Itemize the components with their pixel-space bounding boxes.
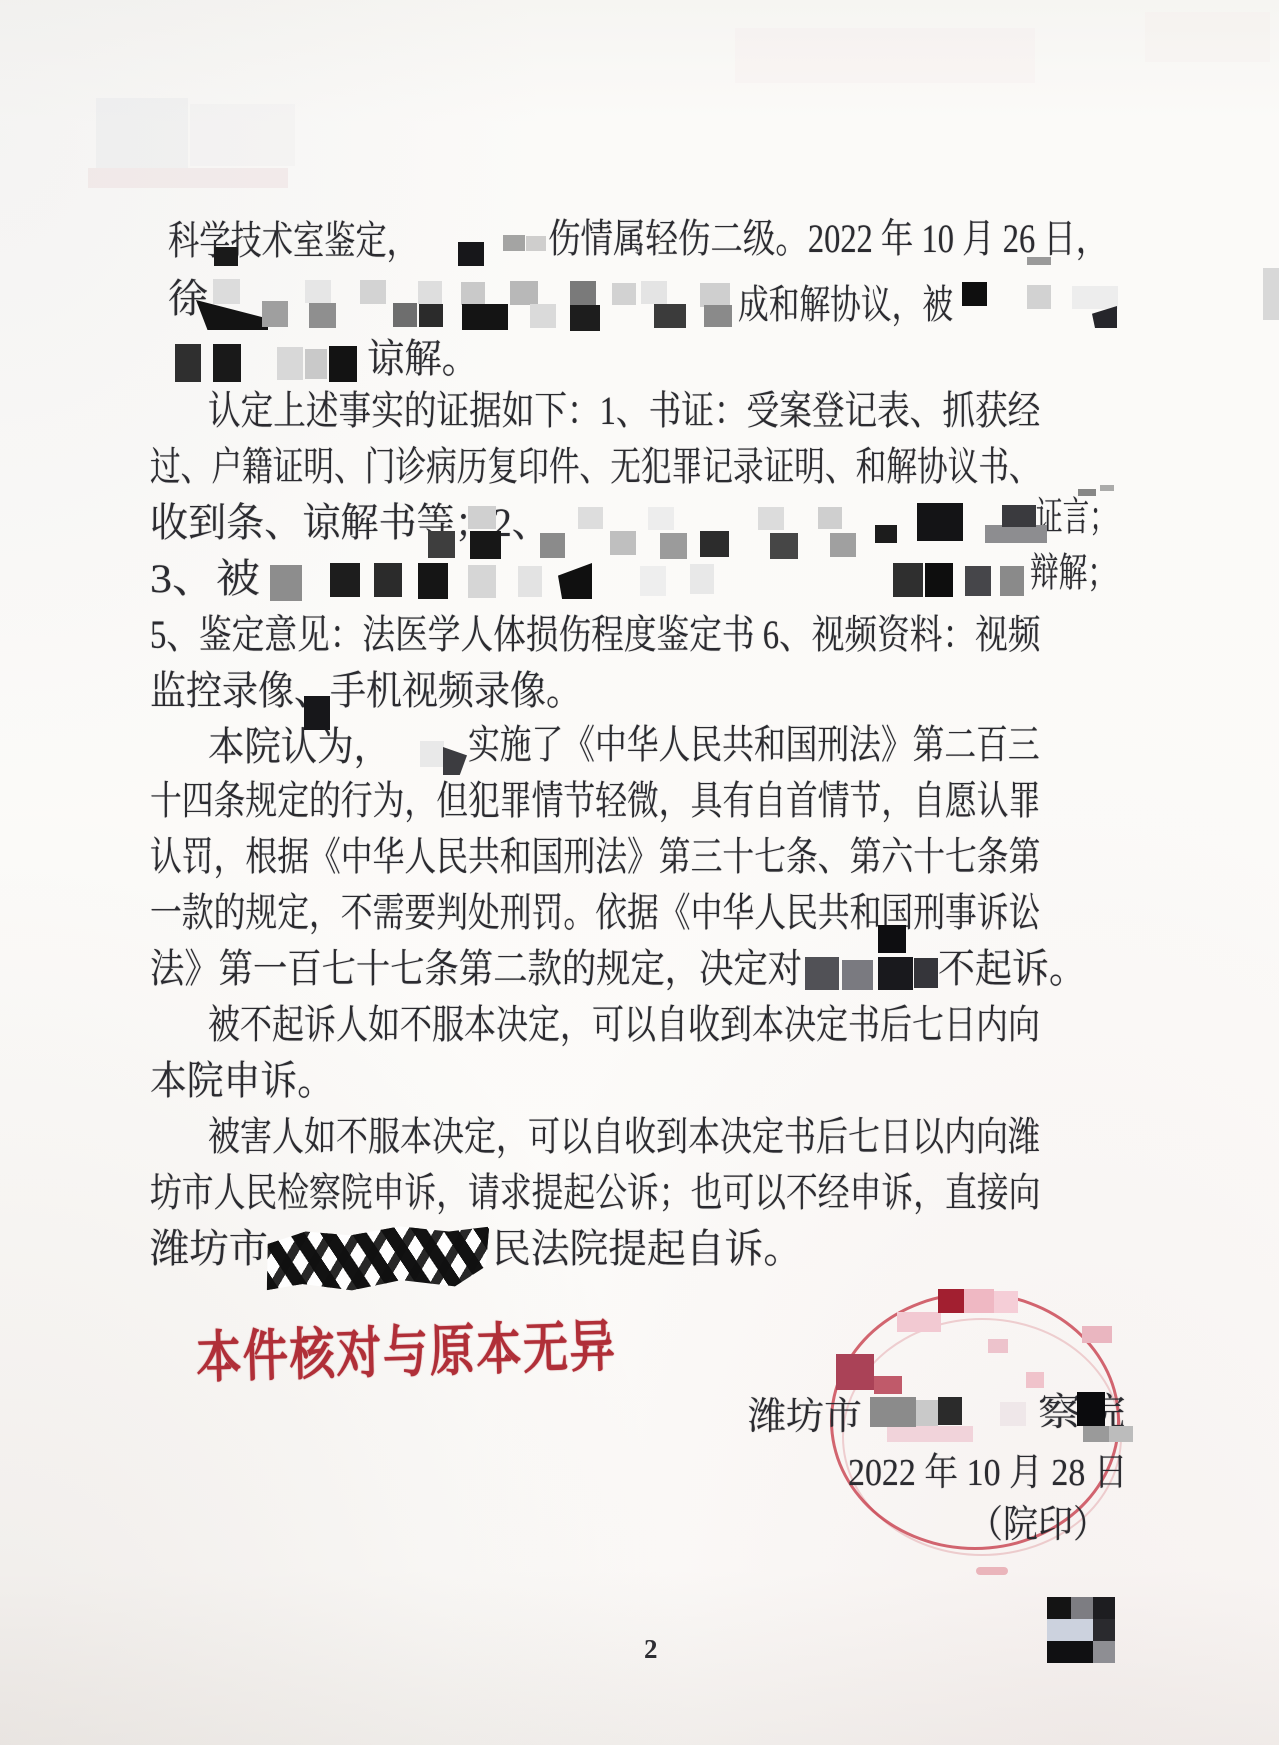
body-line: 潍坊市 [150, 1226, 268, 1272]
body-line: 科学技术室鉴定， [168, 218, 418, 264]
body-line: 谅解。 [367, 336, 479, 382]
body-line: 本院申诉。 [150, 1058, 334, 1104]
body-line: 一款的规定，不需要判处刑罚。依据《中华人民共和国刑事诉讼 [150, 890, 1040, 936]
body-line: 实施了《中华人民共和国刑法》第二百三 [468, 722, 1040, 768]
body-line: 3、被 [150, 556, 260, 602]
issuer-line-prefix: 潍坊市 [748, 1396, 862, 1440]
scanned-document-page: 科学技术室鉴定， 伤情属轻伤二级。2022 年 10 月 26 日， 徐 成和解… [0, 0, 1279, 1745]
body-line: 民法院提起自诉。 [492, 1226, 802, 1272]
body-line: 成和解协议，被 [738, 282, 953, 328]
date-line: 2022 年 10 月 28 日 [848, 1452, 1128, 1496]
body-line: 被害人如不服本决定，可以自收到本决定书后七日以内向潍 [208, 1114, 1040, 1160]
body-line: 证言； [1036, 494, 1116, 540]
body-line: 伤情属轻伤二级。2022 年 10 月 26 日， [548, 216, 1108, 262]
body-line: 辩解； [1030, 550, 1116, 596]
page-number: 2 [644, 1634, 658, 1665]
body-line: 法》第一百七十七条第二款的规定，决定对 [150, 946, 802, 992]
seal-note: （院印） [968, 1504, 1108, 1548]
body-line: 过、户籍证明、门诊病历复印件、无犯罪记录证明、和解协议书、 [150, 444, 1040, 490]
body-line: 不起诉。 [938, 946, 1086, 992]
body-line: 十四条规定的行为，但犯罪情节轻微，具有自首情节，自愿认罪 [150, 778, 1040, 824]
verification-stamp-text: 本件核对与原本无异 [195, 1299, 719, 1394]
body-line: 监控录像、手机视频录像。 [150, 668, 582, 714]
body-line: 认罚，根据《中华人民共和国刑法》第三十七条、第六十七条第 [150, 834, 1040, 880]
redaction-scribble [265, 1224, 491, 1294]
body-line: 本院认为， [208, 724, 390, 770]
body-line: 坊市人民检察院申诉，请求提起公诉；也可以不经申诉，直接向 [150, 1170, 1040, 1216]
body-line: 被不起诉人如不服本决定，可以自收到本决定书后七日内向 [208, 1002, 1040, 1048]
body-line: 认定上述事实的证据如下：1、书证：受案登记表、抓获经 [208, 388, 1040, 434]
body-line: 5、鉴定意见：法医学人体损伤程度鉴定书 6、视频资料：视频 [150, 612, 1041, 658]
